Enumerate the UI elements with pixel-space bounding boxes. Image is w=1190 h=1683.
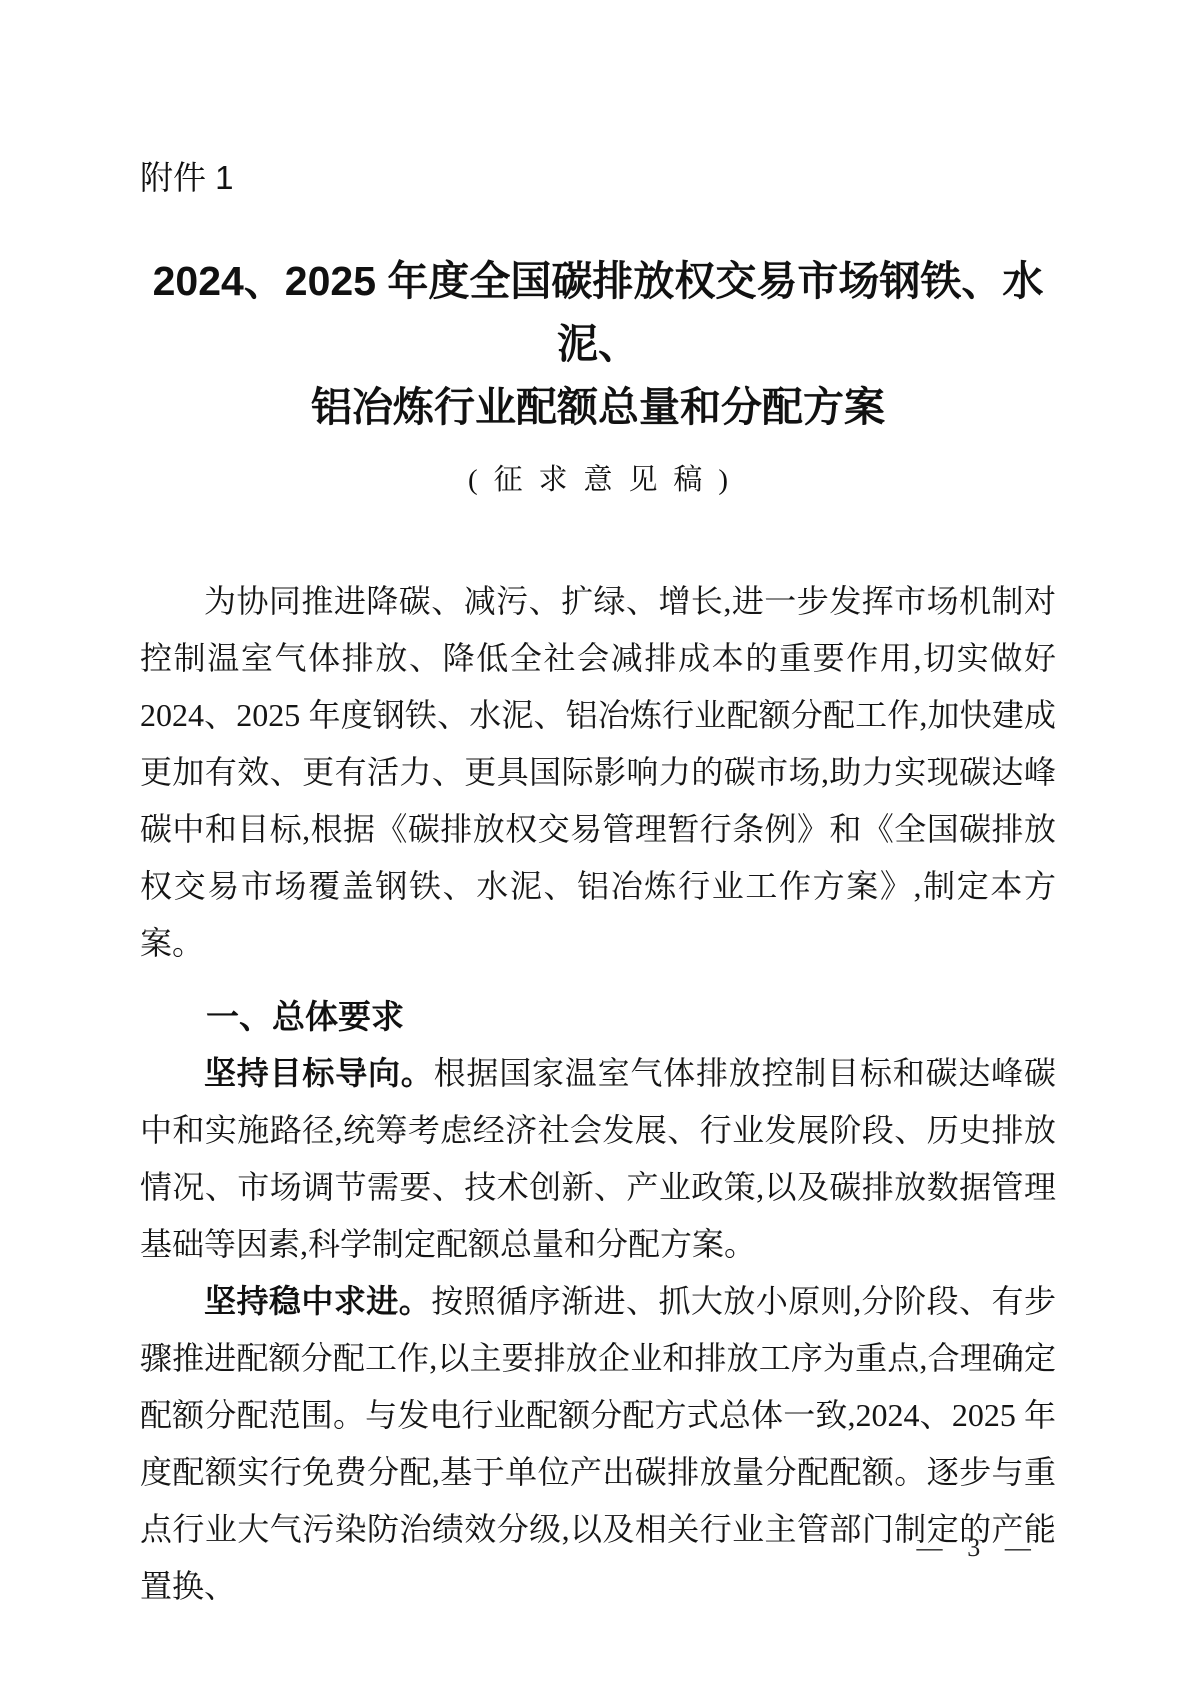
intro-paragraph: 为协同推进降碳、减污、扩绿、增长,进一步发挥市场机制对控制温室气体排放、降低全社… [140,573,1056,972]
section-heading-overall-requirements: 一、总体要求 [140,988,1056,1045]
page-number: — 3 — [917,1532,1041,1564]
document-page: 附件 1 2024、2025 年度全国碳排放权交易市场钢铁、水泥、 铝冶炼行业配… [0,0,1190,1683]
paragraph-goal-orientation: 坚持目标导向。根据国家温室气体排放控制目标和碳达峰碳中和实施路径,统筹考虑经济社… [140,1045,1056,1273]
document-title-line-1: 2024、2025 年度全国碳排放权交易市场钢铁、水泥、 [140,250,1056,376]
attachment-label: 附件 1 [140,158,1056,198]
paragraph-goal-orientation-lead: 坚持目标导向。 [204,1055,434,1091]
document-content: 附件 1 2024、2025 年度全国碳排放权交易市场钢铁、水泥、 铝冶炼行业配… [140,0,1056,1615]
paragraph-steady-progress-lead: 坚持稳中求进。 [204,1283,431,1319]
draft-for-comment-note: (征求意见稿) [140,459,1056,501]
document-title: 2024、2025 年度全国碳排放权交易市场钢铁、水泥、 铝冶炼行业配额总量和分… [140,250,1056,439]
document-title-line-2: 铝冶炼行业配额总量和分配方案 [140,376,1056,439]
